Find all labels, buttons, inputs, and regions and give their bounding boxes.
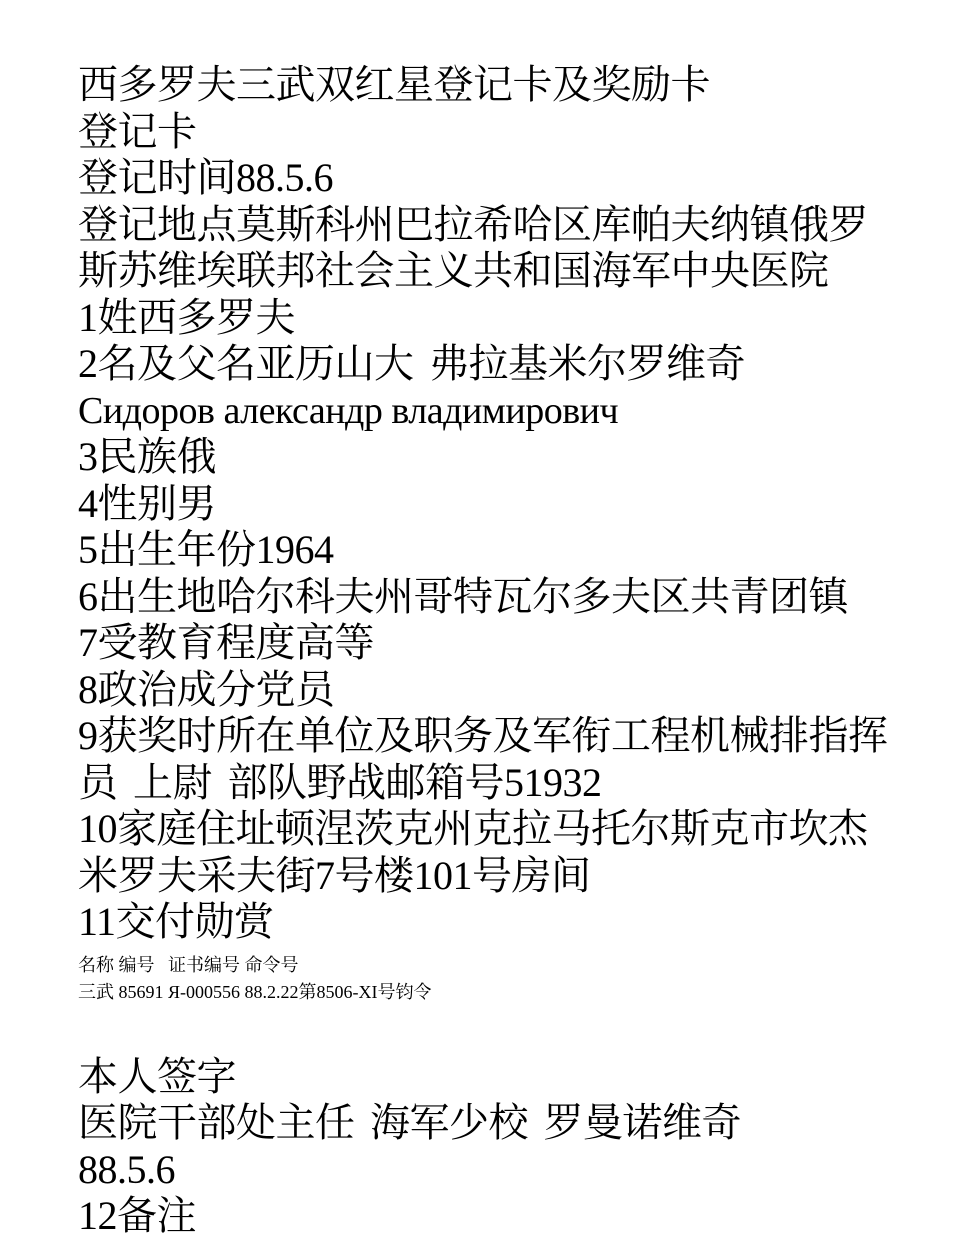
field-unit-position-line-1: 9获奖时所在单位及职务及军衔工程机械排指挥 <box>78 713 908 760</box>
document-title: 西多罗夫三武双红星登记卡及奖励卡 <box>78 62 908 109</box>
field-education: 7受教育程度高等 <box>78 620 908 667</box>
registration-time: 登记时间88.5.6 <box>78 155 908 202</box>
field-address-line-1: 10家庭住址顿涅茨克州克拉马托尔斯克市坎杰 <box>78 806 908 853</box>
section-heading: 登记卡 <box>78 109 908 156</box>
field-surname: 1姓西多罗夫 <box>78 295 908 342</box>
field-ethnicity: 3民族俄 <box>78 434 908 481</box>
field-address-line-2: 米罗夫采夫街7号楼101号房间 <box>78 853 908 900</box>
field-birthplace: 6出生地哈尔科夫州哥特瓦尔多夫区共青团镇 <box>78 574 908 621</box>
field-birth-year: 5出生年份1964 <box>78 527 908 574</box>
field-political-status: 8政治成分党员 <box>78 667 908 714</box>
field-remarks: 12备注 <box>78 1193 908 1240</box>
award-table-row: 三武 85691 Я-000556 88.2.22第8506-XI号钧令 <box>78 979 908 1006</box>
registration-place-line-1: 登记地点莫斯科州巴拉希哈区库帕夫纳镇俄罗 <box>78 202 908 249</box>
signature-date: 88.5.6 <box>78 1147 908 1194</box>
self-signature-label: 本人签字 <box>78 1054 908 1101</box>
field-sex: 4性别男 <box>78 481 908 528</box>
field-name-patronymic: 2名及父名亚历山大 弗拉基米尔罗维奇 <box>78 341 908 388</box>
award-table: 名称 编号 证书编号 命令号 三武 85691 Я-000556 88.2.22… <box>78 952 908 1006</box>
signing-official: 医院干部处主任 海军少校 罗曼诺维奇 <box>78 1100 908 1147</box>
field-award-delivery: 11交付勋赏 <box>78 899 908 946</box>
registration-place-line-2: 斯苏维埃联邦社会主义共和国海军中央医院 <box>78 248 908 295</box>
award-table-header: 名称 编号 证书编号 命令号 <box>78 952 908 979</box>
registration-card-document: 西多罗夫三武双红星登记卡及奖励卡 登记卡 登记时间88.5.6 登记地点莫斯科州… <box>78 62 908 1240</box>
name-cyrillic: Сидоров александр владимирович <box>78 388 908 435</box>
field-unit-position-line-2: 员 上尉 部队野战邮箱号51932 <box>78 760 908 807</box>
